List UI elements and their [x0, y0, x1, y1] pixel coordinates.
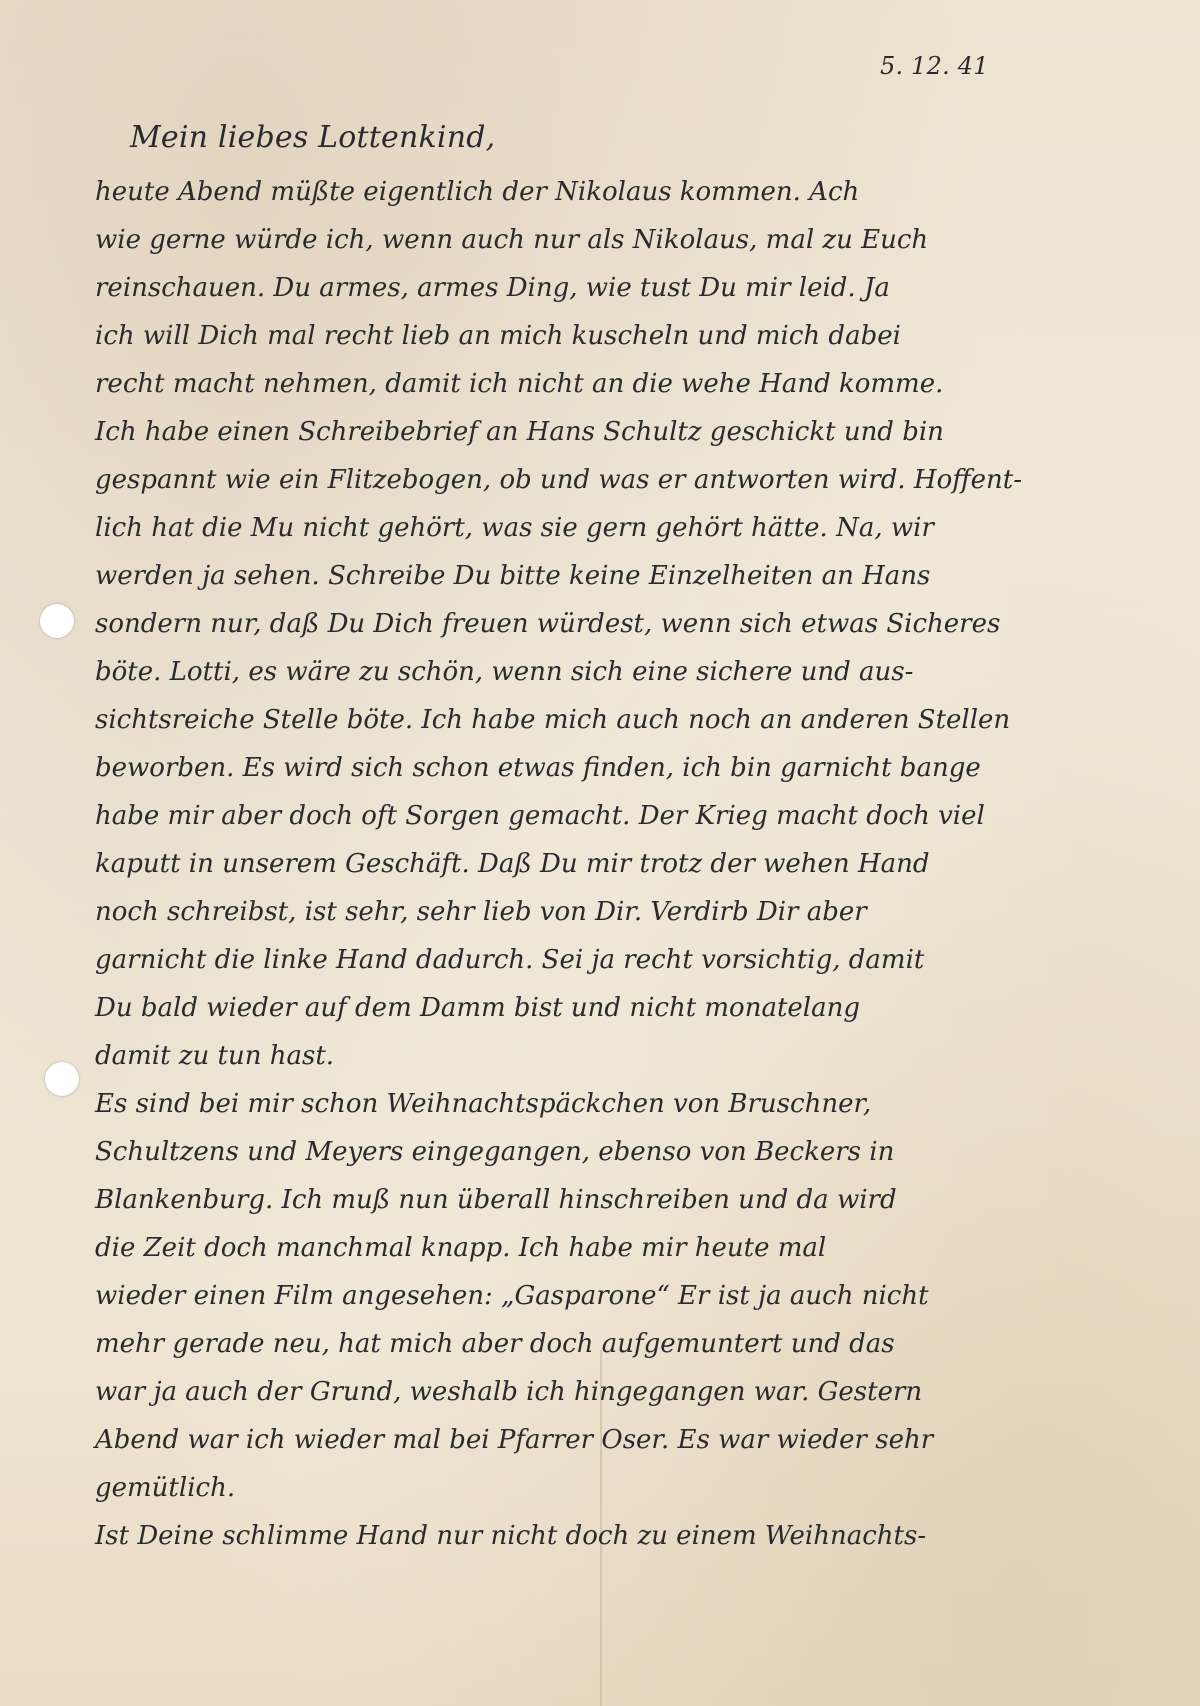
text-line: mehr gerade neu, hat mich aber doch aufg…: [95, 1320, 1155, 1368]
text-line: recht macht nehmen, damit ich nicht an d…: [95, 360, 1155, 408]
text-line: Schultzens und Meyers eingegangen, ebens…: [95, 1128, 1155, 1176]
text-line: heute Abend müßte eigentlich der Nikolau…: [95, 168, 1155, 216]
text-line: ich will Dich mal recht lieb an mich kus…: [95, 312, 1155, 360]
text-line: Es sind bei mir schon Weihnachtspäckchen…: [95, 1080, 1155, 1128]
text-line: kaputt in unserem Geschäft. Daß Du mir t…: [95, 840, 1155, 888]
punch-hole-lower: [45, 1062, 79, 1096]
text-line: Blankenburg. Ich muß nun überall hinschr…: [95, 1176, 1155, 1224]
letter-date: 5. 12. 41: [880, 52, 989, 80]
text-line: lich hat die Mu nicht gehört, was sie ge…: [95, 504, 1155, 552]
text-line: wieder einen Film angesehen: „Gasparone“…: [95, 1272, 1155, 1320]
text-line: garnicht die linke Hand dadurch. Sei ja …: [95, 936, 1155, 984]
text-line: damit zu tun hast.: [95, 1032, 1155, 1080]
punch-hole-upper: [40, 604, 74, 638]
text-line: sichtsreiche Stelle böte. Ich habe mich …: [95, 696, 1155, 744]
text-line: sondern nur, daß Du Dich freuen würdest,…: [95, 600, 1155, 648]
text-line: Ich habe einen Schreibebrief an Hans Sch…: [95, 408, 1155, 456]
text-line: gespannt wie ein Flitzebogen, ob und was…: [95, 456, 1155, 504]
text-line: gemütlich.: [95, 1464, 1155, 1512]
text-line: habe mir aber doch oft Sorgen gemacht. D…: [95, 792, 1155, 840]
text-line: die Zeit doch manchmal knapp. Ich habe m…: [95, 1224, 1155, 1272]
text-line: werden ja sehen. Schreibe Du bitte keine…: [95, 552, 1155, 600]
text-line: beworben. Es wird sich schon etwas finde…: [95, 744, 1155, 792]
letter-body: heute Abend müßte eigentlich der Nikolau…: [95, 168, 1155, 1560]
text-line: noch schreibst, ist sehr, sehr lieb von …: [95, 888, 1155, 936]
text-line: reinschauen. Du armes, armes Ding, wie t…: [95, 264, 1155, 312]
text-line: Ist Deine schlimme Hand nur nicht doch z…: [95, 1512, 1155, 1560]
text-line: Du bald wieder auf dem Damm bist und nic…: [95, 984, 1155, 1032]
text-line: Abend war ich wieder mal bei Pfarrer Ose…: [95, 1416, 1155, 1464]
text-line: war ja auch der Grund, weshalb ich hinge…: [95, 1368, 1155, 1416]
letter-page: 5. 12. 41 Mein liebes Lottenkind, heute …: [0, 0, 1200, 1706]
salutation: Mein liebes Lottenkind,: [130, 120, 495, 155]
text-line: böte. Lotti, es wäre zu schön, wenn sich…: [95, 648, 1155, 696]
text-line: wie gerne würde ich, wenn auch nur als N…: [95, 216, 1155, 264]
